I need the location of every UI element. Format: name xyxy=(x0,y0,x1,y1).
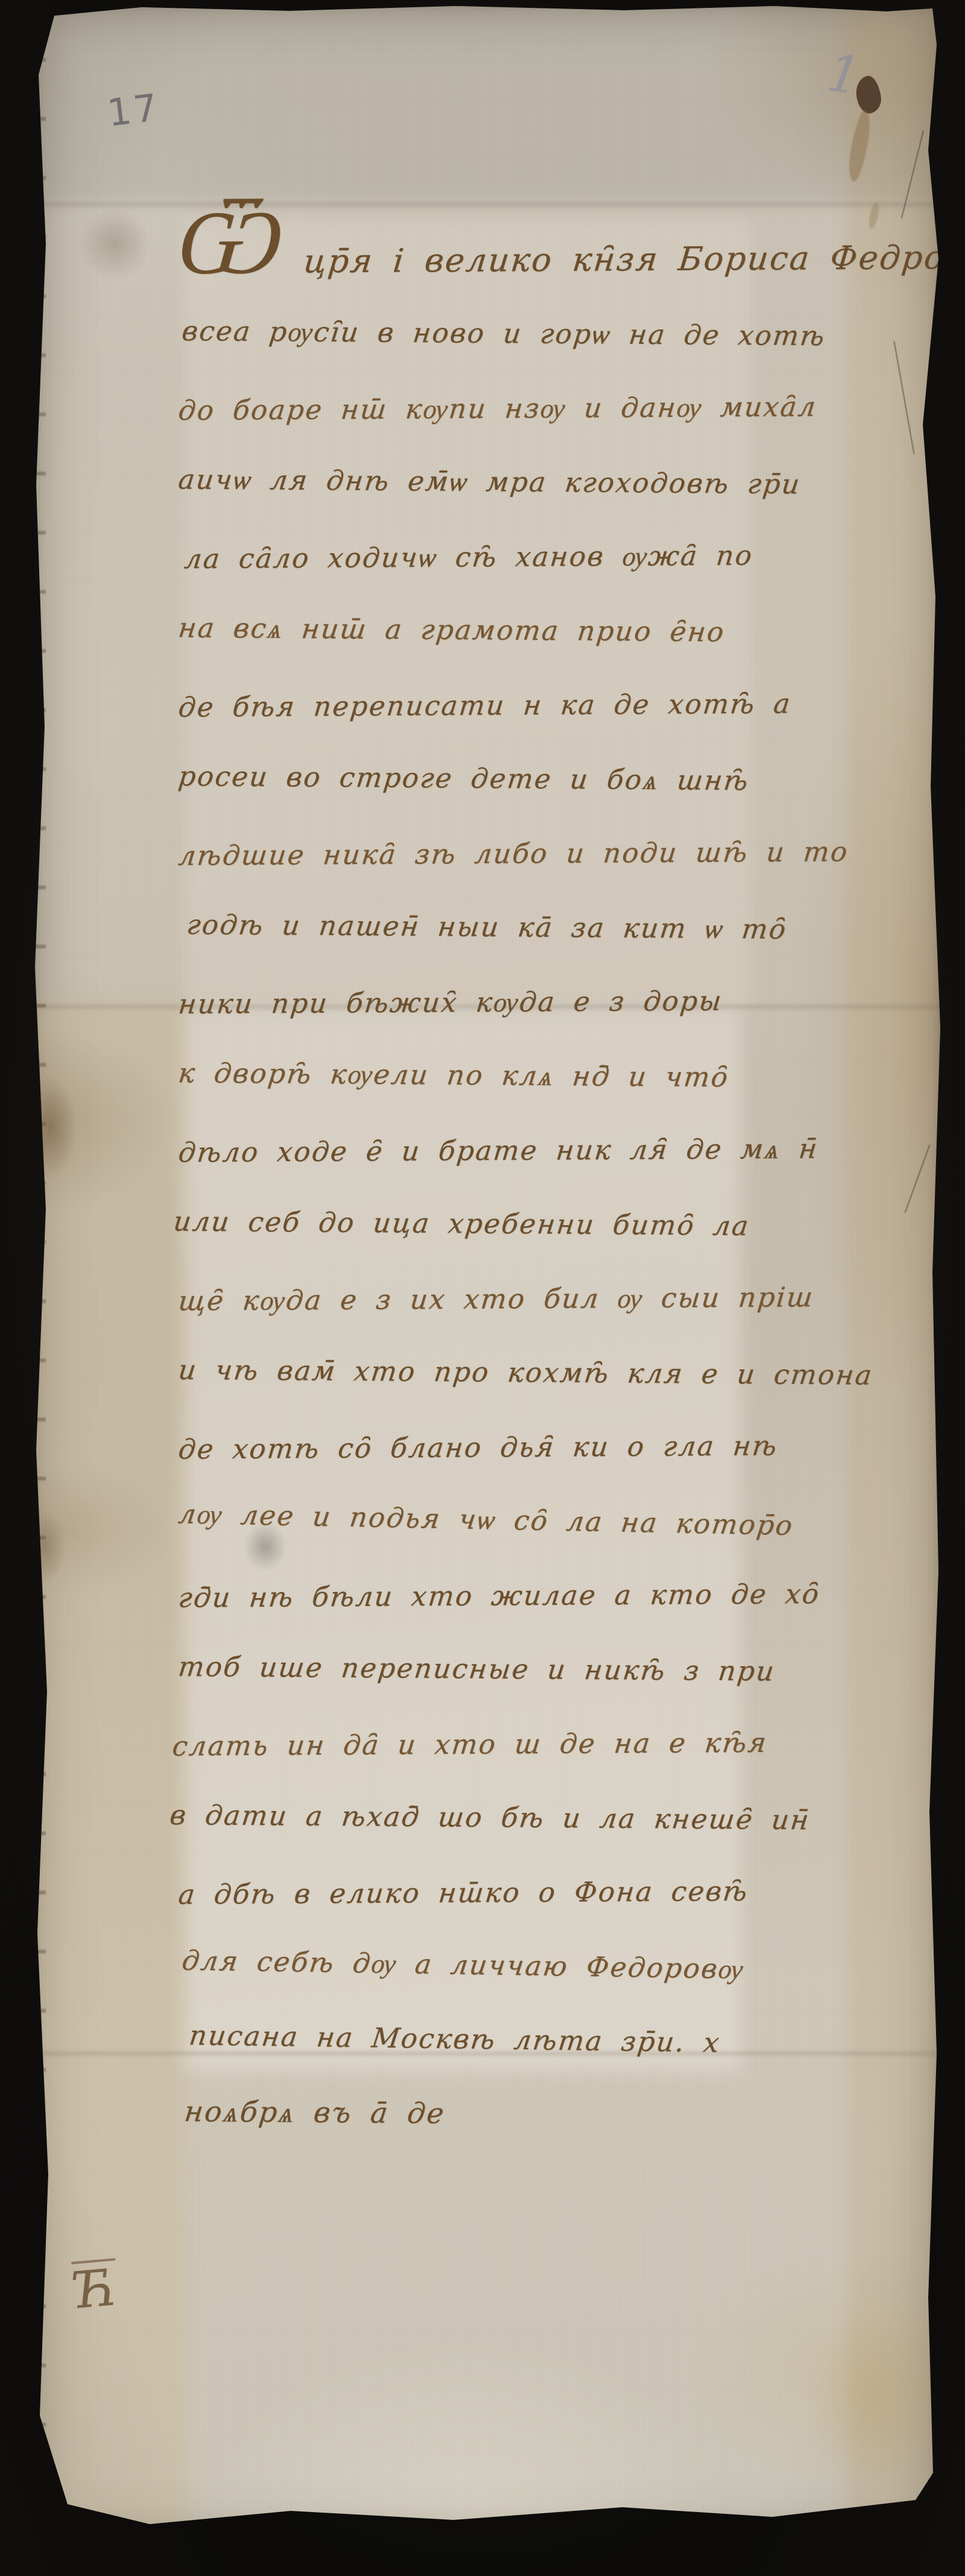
manuscript-line: слать ин да̑ и хто ш де на е кѣ̑я xyxy=(169,1704,954,1783)
manuscript-line: в дати а ѣхад̄ шо бѣ и ла кнеше̑ ин̄ xyxy=(166,1778,955,1858)
manuscript-line: лѣдшие ника̑ зѣ либо и поди шѣ̑ и то xyxy=(175,814,954,893)
tonal-band-top xyxy=(30,2,941,201)
manuscript-line: тоб ише переписные и никѣ̑ з при xyxy=(174,1629,955,1710)
paper-stain xyxy=(23,1076,77,1179)
manuscript-line: и чѣ вам̄ хто про кохмѣ̑ кля е и стона xyxy=(174,1333,955,1413)
manuscript-line: а дбѣ в елико нш̄ко о Фона севѣ̑ xyxy=(175,1853,954,1932)
manuscript-line: де хотѣ со̑ блано дья̑ ки о гла нѣ xyxy=(175,1407,954,1486)
pencil-folio-number: 17 xyxy=(105,85,162,135)
manuscript-line: росеи во строге дете и боѧ шнѣ̑ xyxy=(174,739,955,819)
manuscript-line: дѣло ходе е̑ и брате ник ля̑ де мѧ н̄ xyxy=(175,1111,954,1190)
handwritten-text-block: Ѿ цр̄я і велико кн̑зя Бориса Федро всеа … xyxy=(179,183,951,2152)
manuscript-line: на всѧ ниш̄ а грамота прио е̑но xyxy=(174,591,955,671)
manuscript-line: лѹ лее и подья чѡ со̑ ла на котор̄о xyxy=(174,1477,955,1566)
photo-background: 17 1 Ѿ цр̄я і велико кн̑зя Бориса Федро … xyxy=(0,0,965,2576)
manuscript-line: аичѡ ля днѣ ем̄ѡ мра кгоходовѣ гр̄и xyxy=(174,442,955,522)
paper-stain xyxy=(78,208,151,280)
manuscript-line: писана на Москвѣ лѣта зр̄и. х xyxy=(185,1998,955,2083)
paper-stain xyxy=(802,2313,947,2494)
manuscript-line: ла са̑ло ходичѡ сѣ̑ ханов ѹжа̑ по xyxy=(181,517,954,596)
manuscript-line: для себѣ дѹ а личчаю Федоровѹ xyxy=(178,1923,955,2010)
manuscript-line: ники при бѣжих̑ кѹда е з доры xyxy=(175,962,954,1041)
manuscript-line: ще̑ кѹда е з их хто бил ѹ сыи пріш xyxy=(175,1259,954,1338)
paper-stain xyxy=(24,1511,66,1583)
manuscript-line: до боаре нш̄ кѹпи нзѹ и данѹ миха̑л xyxy=(175,369,954,448)
manuscript-line: ноѧбрѧ въ а̄ де xyxy=(180,2075,955,2155)
archivist-monogram: Ћ xyxy=(71,2258,120,2316)
left-edge-stitch-marks xyxy=(30,2,46,2546)
manuscript-leaf: 17 1 Ѿ цр̄я і велико кн̑зя Бориса Федро … xyxy=(30,2,941,2546)
manuscript-line: гд̄и нѣ бѣли хто жилае а кто де хо̑ xyxy=(175,1556,954,1635)
manuscript-line: всеа рѹсі̑и в ново и горѡ на де хотѣ xyxy=(178,294,955,374)
manuscript-line: де бѣя переписати н ка де хотѣ̑ а xyxy=(175,665,954,744)
manuscript-line: годѣ и пашен̄ ныи ка̄ за кит ѡ то̑ xyxy=(183,887,955,968)
manuscript-line: к дворѣ̑ кѹели по клѧ нд̄ и что̑ xyxy=(174,1036,955,1116)
manuscript-line: Ѿ цр̄я і велико кн̑зя Бориса Федро xyxy=(173,181,957,299)
manuscript-line: или себ до ица хребенни бито̑ ла xyxy=(169,1184,955,1264)
